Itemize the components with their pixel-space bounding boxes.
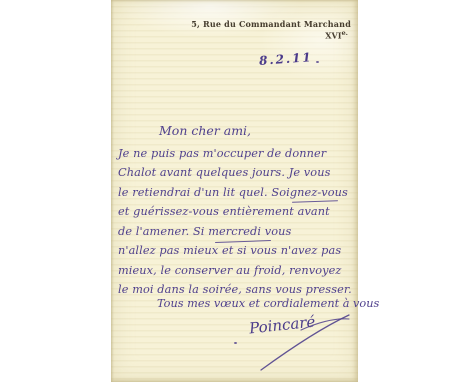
letterhead-district: XVIe.: [191, 29, 351, 41]
ink-underline: [215, 240, 271, 243]
handwritten-line: n'allez pas mieux et si vous n'avez pas: [118, 244, 341, 257]
salutation: Mon cher ami,: [159, 123, 251, 138]
closing-line: Tous mes vœux et cordialement à vous: [157, 297, 379, 310]
handwritten-line: le retiendrai d'un lit quel. Soignez-vou…: [118, 186, 348, 199]
ink-dot: [316, 61, 319, 63]
handwritten-line: et guérissez-vous entièrement avant: [118, 205, 330, 218]
scanned-letter-photo: 5, Rue du Commandant Marchand XVIe. 8.2.…: [0, 0, 468, 382]
handwritten-line: le moi dans la soirée, sans vous presser…: [118, 283, 352, 296]
handwritten-line: Chalot avant quelques jours. Je vous: [118, 166, 330, 179]
ink-underline: [292, 200, 338, 203]
letter-paper: 5, Rue du Commandant Marchand XVIe. 8.2.…: [111, 0, 358, 382]
handwritten-line: Je ne puis pas m'occuper de donner: [118, 147, 326, 160]
letterhead-address: 5, Rue du Commandant Marchand: [191, 19, 351, 29]
handwritten-line: mieux, le conserver au froid, renvoyez: [118, 264, 341, 277]
district-roman: XVI: [325, 31, 341, 41]
handwritten-line: de l'amener. Si mercredi vous: [118, 225, 291, 238]
district-suffix: e.: [341, 29, 348, 37]
signature-flourish: [231, 310, 361, 376]
printed-letterhead: 5, Rue du Commandant Marchand XVIe.: [191, 19, 351, 41]
handwritten-date: 8.2.11: [259, 50, 314, 68]
